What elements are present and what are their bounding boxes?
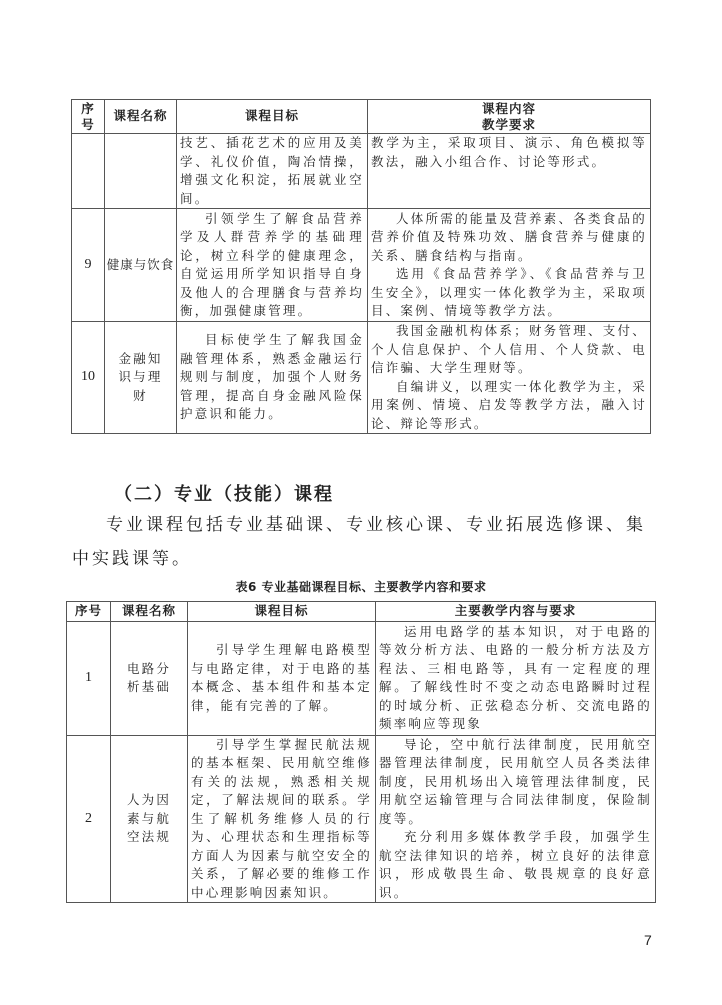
professional-foundation-course-table: 序号 课程名称 课程目标 主要教学内容与要求 1 电路分析基础 引导学生理解电路… (66, 601, 656, 903)
table-row: 10 金融知识与理财 目标使学生了解我国金融管理体系，熟悉金融运行规则与制度，加… (72, 322, 651, 434)
row-content: 我国金融机构体系；财务管理、支付、个人信息保护、个人信用、个人贷款、电信诈骗、大… (368, 322, 651, 434)
content-paragraph: 选用《食品营养学》、《食品营养与卫生安全》，以理实一体化教学为主，采取项目、案例… (371, 265, 647, 321)
row-content: 导论，空中航行法律制度，民用航空器管理法律制度，民用航空人员各类法律制度，民用机… (376, 735, 656, 903)
header-index: 序号 (72, 100, 105, 134)
course-table-continued: 序号 课程名称 课程目标 课程内容 教学要求 技艺、插花艺术的应用及美学、礼仪价… (71, 99, 651, 434)
page-number: 7 (644, 932, 652, 948)
row-index (72, 134, 105, 209)
table-header-row: 序号 课程名称 课程目标 课程内容 教学要求 (72, 100, 651, 134)
header-goal: 课程目标 (188, 602, 376, 622)
row-goal: 技艺、插花艺术的应用及美学、礼仪价值，陶冶情操，增强文化积淀，拓展就业空间。 (177, 134, 368, 209)
table-caption: 表6 专业基础课程目标、主要教学内容和要求 (0, 578, 722, 595)
section-heading: （二）专业（技能）课程 (114, 480, 334, 506)
content-paragraph: 自编讲义，以理实一体化教学为主，采用案例、情境、启发等教学方法，融入讨论、辩论等… (371, 378, 647, 434)
row-goal: 目标使学生了解我国金融管理体系，熟悉金融运行规则与制度，加强个人财务管理，提高自… (177, 322, 368, 434)
row-index: 2 (67, 735, 111, 903)
header-content: 课程内容 教学要求 (368, 100, 651, 134)
header-index: 序号 (67, 602, 111, 622)
goal-text: 技艺、插花艺术的应用及美学、礼仪价值，陶冶情操，增强文化积淀，拓展就业空间。 (180, 134, 364, 208)
row-name: 健康与饮食 (105, 209, 177, 322)
header-content-line2: 教学要求 (371, 117, 647, 133)
row-index: 1 (67, 621, 111, 735)
row-content: 人体所需的能量及营养素、各类食品的营养价值及特殊功效、膳食营养与健康的关系、膳食… (368, 209, 651, 322)
goal-text: 目标使学生了解我国金融管理体系，熟悉金融运行规则与制度，加强个人财务管理，提高自… (180, 331, 364, 424)
header-name: 课程名称 (105, 100, 177, 134)
header-content-line1: 课程内容 (371, 101, 647, 117)
row-goal: 引导学生理解电路模型与电路定律，对于电路的基本概念、基本组件和基本定律，能有完善… (188, 621, 376, 735)
goal-text: 引领学生了解食品营养学及人群营养学的基础理论，树立科学的健康理念，自觉运用所学知… (180, 210, 364, 321)
section-body-text: 专业课程包括专业基础课、专业核心课、专业拓展选修课、集中实践课等。 (72, 508, 652, 576)
row-name (105, 134, 177, 209)
row-index: 9 (72, 209, 105, 322)
header-goal: 课程目标 (177, 100, 368, 134)
row-name: 电路分析基础 (111, 621, 188, 735)
content-paragraph: 充分利用多媒体教学手段，加强学生航空法律知识的培养，树立良好的法律意识，形成敬畏… (379, 828, 652, 902)
row-content: 教学为主，采取项目、演示、角色模拟等教法，融入小组合作、讨论等形式。 (368, 134, 651, 209)
table-row: 技艺、插花艺术的应用及美学、礼仪价值，陶冶情操，增强文化积淀，拓展就业空间。 教… (72, 134, 651, 209)
goal-text: 引导学生掌握民航法规的基本框架、民用航空维修有关的法规，熟悉相关规定，了解法规间… (191, 736, 372, 903)
row-goal: 引领学生了解食品营养学及人群营养学的基础理论，树立科学的健康理念，自觉运用所学知… (177, 209, 368, 322)
row-goal: 引导学生掌握民航法规的基本框架、民用航空维修有关的法规，熟悉相关规定，了解法规间… (188, 735, 376, 903)
table-header-row: 序号 课程名称 课程目标 主要教学内容与要求 (67, 602, 656, 622)
row-content: 运用电路学的基本知识，对于电路的等效分析方法、电路的一般分析方法及方程法、三相电… (376, 621, 656, 735)
content-paragraph: 教学为主，采取项目、演示、角色模拟等教法，融入小组合作、讨论等形式。 (371, 134, 647, 171)
table-row: 9 健康与饮食 引领学生了解食品营养学及人群营养学的基础理论，树立科学的健康理念… (72, 209, 651, 322)
goal-text: 引导学生理解电路模型与电路定律，对于电路的基本概念、基本组件和基本定律，能有完善… (191, 641, 372, 715)
row-name: 金融知识与理财 (105, 322, 177, 434)
row-name: 人为因素与航空法规 (111, 735, 188, 903)
content-paragraph: 我国金融机构体系；财务管理、支付、个人信息保护、个人信用、个人贷款、电信诈骗、大… (371, 322, 647, 378)
table-row: 1 电路分析基础 引导学生理解电路模型与电路定律，对于电路的基本概念、基本组件和… (67, 621, 656, 735)
content-paragraph: 运用电路学的基本知识，对于电路的等效分析方法、电路的一般分析方法及方程法、三相电… (379, 623, 652, 734)
table-row: 2 人为因素与航空法规 引导学生掌握民航法规的基本框架、民用航空维修有关的法规，… (67, 735, 656, 903)
header-name: 课程名称 (111, 602, 188, 622)
content-paragraph: 人体所需的能量及营养素、各类食品的营养价值及特殊功效、膳食营养与健康的关系、膳食… (371, 210, 647, 266)
row-index: 10 (72, 322, 105, 434)
content-paragraph: 导论，空中航行法律制度，民用航空器管理法律制度，民用航空人员各类法律制度，民用机… (379, 736, 652, 829)
header-content: 主要教学内容与要求 (376, 602, 656, 622)
